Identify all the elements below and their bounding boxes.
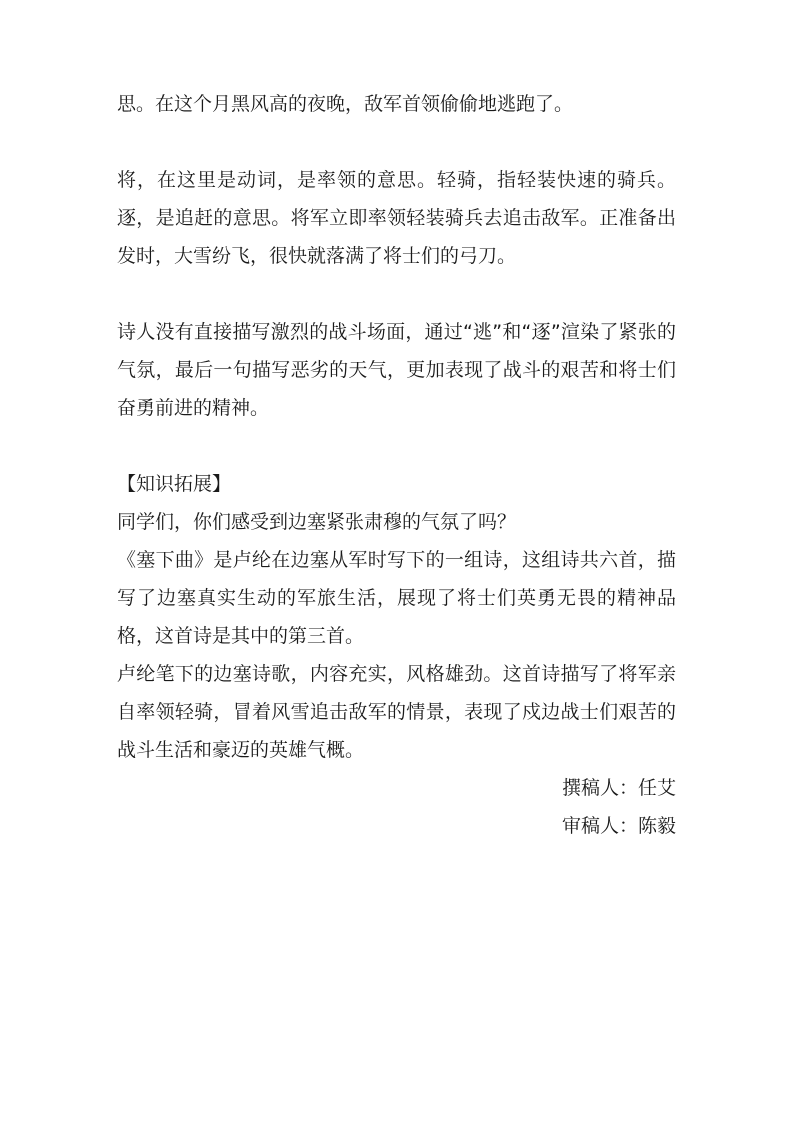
section-heading-knowledge-expansion: 【知识拓展】 (117, 465, 676, 503)
paragraph-saixiaqu-introduction: 《塞下曲》是卢纶在边塞从军时写下的一组诗，这组诗共六首，描写了边塞真实生动的军旅… (117, 541, 676, 655)
paragraph-question-to-students: 同学们，你们感受到边塞紧张肃穆的气氛了吗？ (117, 503, 676, 541)
signature-author-line: 撰稿人：任艾 (117, 769, 676, 807)
paragraph-lulun-style-summary: 卢纶笔下的边塞诗歌，内容充实，风格雄劲。这首诗描写了将军亲自率领轻骑，冒着风雪追… (117, 655, 676, 769)
document-page: 思。在这个月黑风高的夜晚，敌军首领偷偷地逃跑了。 将，在这里是动词，是率领的意思… (0, 0, 793, 1123)
paragraph-poem-analysis: 诗人没有直接描写激烈的战斗场面，通过“逃”和“逐”渲染了紧张的气氛，最后一句描写… (117, 313, 676, 427)
signature-reviewer-line: 审稿人：陈毅 (117, 807, 676, 845)
paragraph-night-escape: 思。在这个月黑风高的夜晚，敌军首领偷偷地逃跑了。 (117, 85, 676, 123)
paragraph-word-explanation: 将，在这里是动词，是率领的意思。轻骑，指轻装快速的骑兵。逐，是追赶的意思。将军立… (117, 161, 676, 275)
